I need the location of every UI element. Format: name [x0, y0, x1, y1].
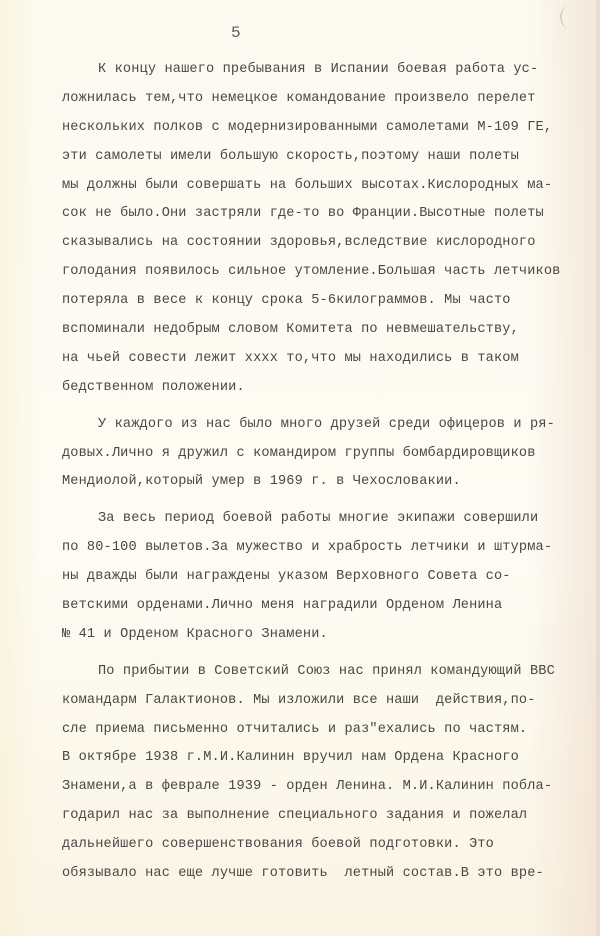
text-line: За весь период боевой работы многие экип… — [62, 505, 600, 534]
text-line: Знамени,а в феврале 1939 - орден Ленина.… — [62, 773, 600, 802]
page-number: 5 — [231, 24, 241, 42]
text-line: годарил нас за выполнение специального з… — [62, 802, 600, 831]
text-line: ветскими орденами.Лично меня наградили О… — [62, 592, 600, 621]
text-line: на чьей совести лежит хххх то,что мы нах… — [62, 345, 600, 374]
text-line: № 41 и Орденом Красного Знамени. — [62, 621, 600, 650]
typewritten-body: К концу нашего пребывания в Испании боев… — [62, 56, 600, 889]
text-line: довых.Лично я дружил с командиром группы… — [62, 440, 600, 469]
text-line: потеряла в весе к концу срока 5-6килогра… — [62, 287, 600, 316]
text-line: нескольких полков с модернизированными с… — [62, 114, 600, 143]
text-line: К концу нашего пребывания в Испании боев… — [62, 56, 600, 85]
text-line: вспоминали недобрым словом Комитета по н… — [62, 316, 600, 345]
text-line: По прибытии в Советский Союз нас принял … — [62, 658, 600, 687]
text-line: голодания появилось сильное утомление.Бо… — [62, 258, 600, 287]
text-line: У каждого из нас было много друзей среди… — [62, 411, 600, 440]
text-line: Мендиолой,который умер в 1969 г. в Чехос… — [62, 468, 600, 497]
document-page: 5 К концу нашего пребывания в Испании бо… — [0, 0, 600, 936]
text-line: обязывало нас еще лучше готовить летный … — [62, 860, 600, 889]
text-line: сказывались на состоянии здоровья,вследс… — [62, 229, 600, 258]
text-line: сле приема письменно отчитались и раз"ех… — [62, 716, 600, 745]
text-line: эти самолеты имели большую скорость,поэт… — [62, 143, 600, 172]
text-line: по 80-100 вылетов.За мужество и храброст… — [62, 534, 600, 563]
text-line: мы должны были совершать на больших высо… — [62, 172, 600, 201]
text-line: В октябре 1938 г.М.И.Калинин вручил нам … — [62, 744, 600, 773]
text-line: дальнейшего совершенствования боевой под… — [62, 831, 600, 860]
text-line: бедственном положении. — [62, 374, 600, 403]
text-line: ны дважды были награждены указом Верховн… — [62, 563, 600, 592]
text-line: сок не было.Они застряли где-то во Франц… — [62, 200, 600, 229]
text-line: командарм Галактионов. Мы изложили все н… — [62, 687, 600, 716]
corner-bracket-mark — [560, 6, 576, 28]
text-line: ложнилась тем,что немецкое командование … — [62, 85, 600, 114]
